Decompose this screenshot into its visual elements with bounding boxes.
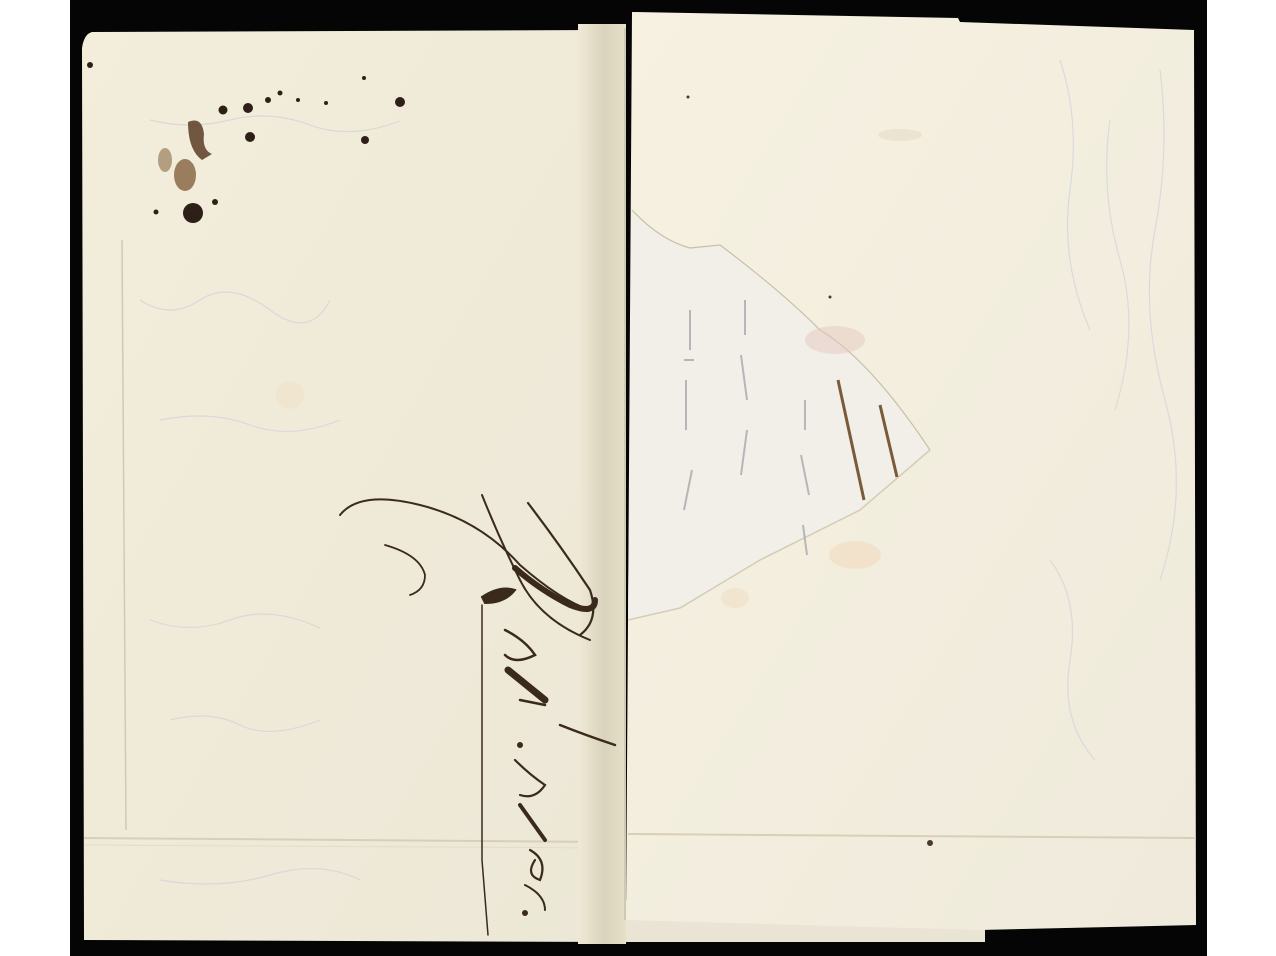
folded-letter-photo [0, 0, 1276, 956]
center-fold [578, 24, 626, 944]
